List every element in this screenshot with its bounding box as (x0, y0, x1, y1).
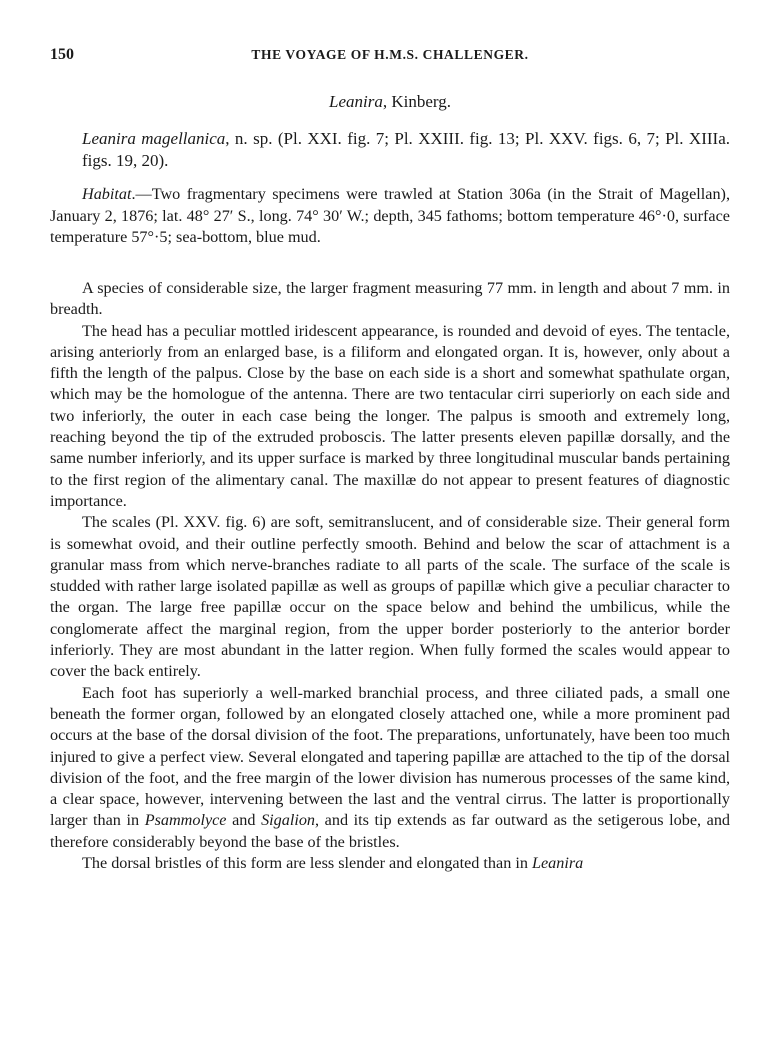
paragraph-bristles: The dorsal bristles of this form are les… (50, 853, 730, 874)
running-head: 150 THE VOYAGE OF H.M.S. CHALLENGER. (50, 46, 730, 68)
paragraph-scales: The scales (Pl. XXV. fig. 6) are soft, s… (50, 512, 730, 682)
body-text: A species of considerable size, the larg… (50, 278, 730, 874)
habitat-paragraph: Habitat.—Two fragmentary specimens were … (50, 184, 730, 249)
genus-heading: Leanira, Kinberg. (50, 92, 730, 112)
habitat-text: .—Two fragmentary specimens were trawled… (50, 185, 730, 246)
species-entry: Leanira magellanica, n. sp. (Pl. XXI. fi… (82, 128, 730, 172)
foot-text-2: and (227, 811, 262, 829)
paragraph-foot: Each foot has superiorly a well-marked b… (50, 683, 730, 853)
species-name: Leanira magellanica (82, 129, 225, 148)
genus-author: , Kinberg. (383, 92, 451, 111)
habitat-label: Habitat (82, 185, 131, 203)
paragraph-size: A species of considerable size, the larg… (50, 278, 730, 321)
genus-sigalion: Sigalion (261, 811, 315, 829)
bristles-text: The dorsal bristles of this form are les… (82, 854, 532, 872)
foot-text-1: Each foot has superiorly a well-marked b… (50, 684, 730, 830)
genus-leanira: Leanira (532, 854, 583, 872)
paragraph-head: The head has a peculiar mottled iridesce… (50, 321, 730, 513)
running-title: THE VOYAGE OF H.M.S. CHALLENGER. (50, 46, 730, 63)
genus-name: Leanira (329, 92, 383, 111)
genus-psammolyce: Psammolyce (145, 811, 227, 829)
